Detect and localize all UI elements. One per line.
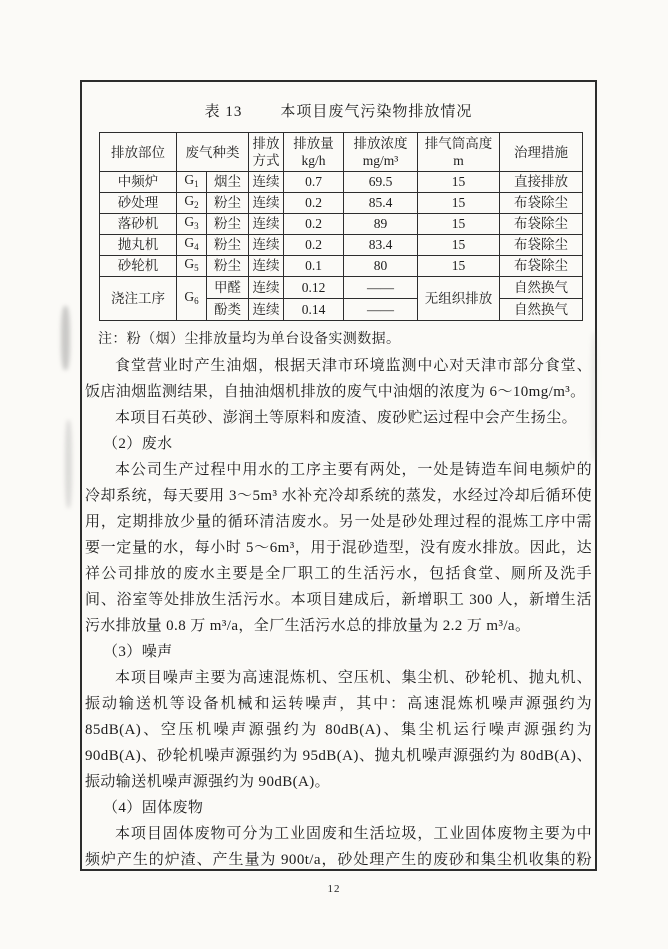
cell-mode: 连续 <box>249 214 284 235</box>
cell-stack: 15 <box>418 214 500 235</box>
cell-mode: 连续 <box>249 299 284 321</box>
cell-mode: 连续 <box>249 235 284 256</box>
cell-stack-merged: 无组织排放 <box>418 277 500 321</box>
cell-part: 中频炉 <box>100 172 177 193</box>
paragraph: 食堂营业时产生油烟，根据天津市环境监测中心对天津市部分食堂、饭店油烟监测结果，自… <box>85 353 592 405</box>
header-stack-height: 排气筒高度m <box>418 133 500 172</box>
cell-gcode: G4 <box>177 235 207 256</box>
section-heading-noise: （3）噪声 <box>85 639 592 665</box>
table-row: 抛丸机 G4 粉尘 连续 0.2 83.4 15 布袋除尘 <box>100 235 583 256</box>
cell-amount: 0.2 <box>284 193 344 214</box>
cell-concentration: 89 <box>344 214 418 235</box>
cell-amount: 0.12 <box>284 277 344 299</box>
cell-measure: 布袋除尘 <box>500 235 583 256</box>
cell-concentration: 83.4 <box>344 235 418 256</box>
scan-smudge <box>65 420 72 508</box>
cell-amount: 0.14 <box>284 299 344 321</box>
header-emission-part: 排放部位 <box>100 133 177 172</box>
cell-kind: 烟尘 <box>207 172 249 193</box>
cell-mode: 连续 <box>249 256 284 277</box>
paragraph: 本项目固体废物可分为工业固废和生活垃圾，工业固体废物主要为中频炉产生的炉渣、产生… <box>85 821 592 871</box>
table-row: 砂处理 G2 粉尘 连续 0.2 85.4 15 布袋除尘 <box>100 193 583 214</box>
cell-amount: 0.2 <box>284 235 344 256</box>
cell-kind: 甲醛 <box>207 277 249 299</box>
cell-mode: 连续 <box>249 172 284 193</box>
cell-gcode: G5 <box>177 256 207 277</box>
scan-smudge <box>61 306 70 370</box>
table-caption-title: 本项目废气污染物排放情况 <box>280 104 472 120</box>
header-treatment-measure: 治理措施 <box>500 133 583 172</box>
body-text: 注：粉（烟）尘排放量均为单台设备实测数据。 食堂营业时产生油烟，根据天津市环境监… <box>85 327 592 871</box>
content-border-box: 表 13本项目废气污染物排放情况 排放部位 废气种类 排放方式 排放量kg/h … <box>80 80 597 871</box>
cell-part-merged: 浇注工序 <box>100 277 177 321</box>
paragraph: 本公司生产过程中用水的工序主要有两处，一处是铸造车间电频炉的冷却系统，每天要用 … <box>85 457 592 639</box>
table-row: 落砂机 G3 粉尘 连续 0.2 89 15 布袋除尘 <box>100 214 583 235</box>
cell-kind: 粉尘 <box>207 256 249 277</box>
cell-stack: 15 <box>418 256 500 277</box>
paragraph: 本项目噪声主要为高速混炼机、空压机、集尘机、砂轮机、抛丸机、振动输送机等设备机械… <box>85 665 592 795</box>
section-heading-wastewater: （2）废水 <box>85 431 592 457</box>
cell-kind: 酚类 <box>207 299 249 321</box>
cell-part: 落砂机 <box>100 214 177 235</box>
emissions-table: 排放部位 废气种类 排放方式 排放量kg/h 排放浓度mg/m³ 排气筒高度m … <box>99 132 583 321</box>
cell-part: 抛丸机 <box>100 235 177 256</box>
cell-stack: 15 <box>418 235 500 256</box>
cell-amount: 0.1 <box>284 256 344 277</box>
cell-measure: 自然换气 <box>500 299 583 321</box>
cell-part: 砂处理 <box>100 193 177 214</box>
cell-gcode: G1 <box>177 172 207 193</box>
cell-kind: 粉尘 <box>207 235 249 256</box>
cell-stack: 15 <box>418 172 500 193</box>
table-note: 注：粉（烟）尘排放量均为单台设备实测数据。 <box>85 327 592 353</box>
page-number: 12 <box>0 883 668 895</box>
cell-measure: 布袋除尘 <box>500 193 583 214</box>
cell-gcode-merged: G6 <box>177 277 207 321</box>
table-row: 砂轮机 G5 粉尘 连续 0.1 80 15 布袋除尘 <box>100 256 583 277</box>
cell-mode: 连续 <box>249 277 284 299</box>
cell-measure: 自然换气 <box>500 277 583 299</box>
table-header-row: 排放部位 废气种类 排放方式 排放量kg/h 排放浓度mg/m³ 排气筒高度m … <box>100 133 583 172</box>
table-row: 中频炉 G1 烟尘 连续 0.7 69.5 15 直接排放 <box>100 172 583 193</box>
table-row: 浇注工序 G6 甲醛 连续 0.12 —— 无组织排放 自然换气 <box>100 277 583 299</box>
table-caption-label: 表 13 <box>205 104 243 120</box>
cell-kind: 粉尘 <box>207 214 249 235</box>
header-gas-type: 废气种类 <box>177 133 249 172</box>
header-emission-amount: 排放量kg/h <box>284 133 344 172</box>
cell-gcode: G2 <box>177 193 207 214</box>
cell-amount: 0.7 <box>284 172 344 193</box>
cell-amount: 0.2 <box>284 214 344 235</box>
header-emission-mode: 排放方式 <box>249 133 284 172</box>
cell-mode: 连续 <box>249 193 284 214</box>
cell-kind: 粉尘 <box>207 193 249 214</box>
paragraph: 本项目石英砂、澎润土等原料和废渣、废砂贮运过程中会产生扬尘。 <box>85 405 592 431</box>
cell-part: 砂轮机 <box>100 256 177 277</box>
cell-concentration: —— <box>344 277 418 299</box>
cell-concentration: 85.4 <box>344 193 418 214</box>
cell-gcode: G3 <box>177 214 207 235</box>
cell-concentration: 80 <box>344 256 418 277</box>
table-caption: 表 13本项目废气污染物排放情况 <box>85 100 592 121</box>
cell-measure: 布袋除尘 <box>500 214 583 235</box>
cell-measure: 布袋除尘 <box>500 256 583 277</box>
cell-concentration: 69.5 <box>344 172 418 193</box>
section-heading-solid-waste: （4）固体废物 <box>85 795 592 821</box>
cell-stack: 15 <box>418 193 500 214</box>
cell-concentration: —— <box>344 299 418 321</box>
cell-measure: 直接排放 <box>500 172 583 193</box>
header-emission-concentration: 排放浓度mg/m³ <box>344 133 418 172</box>
